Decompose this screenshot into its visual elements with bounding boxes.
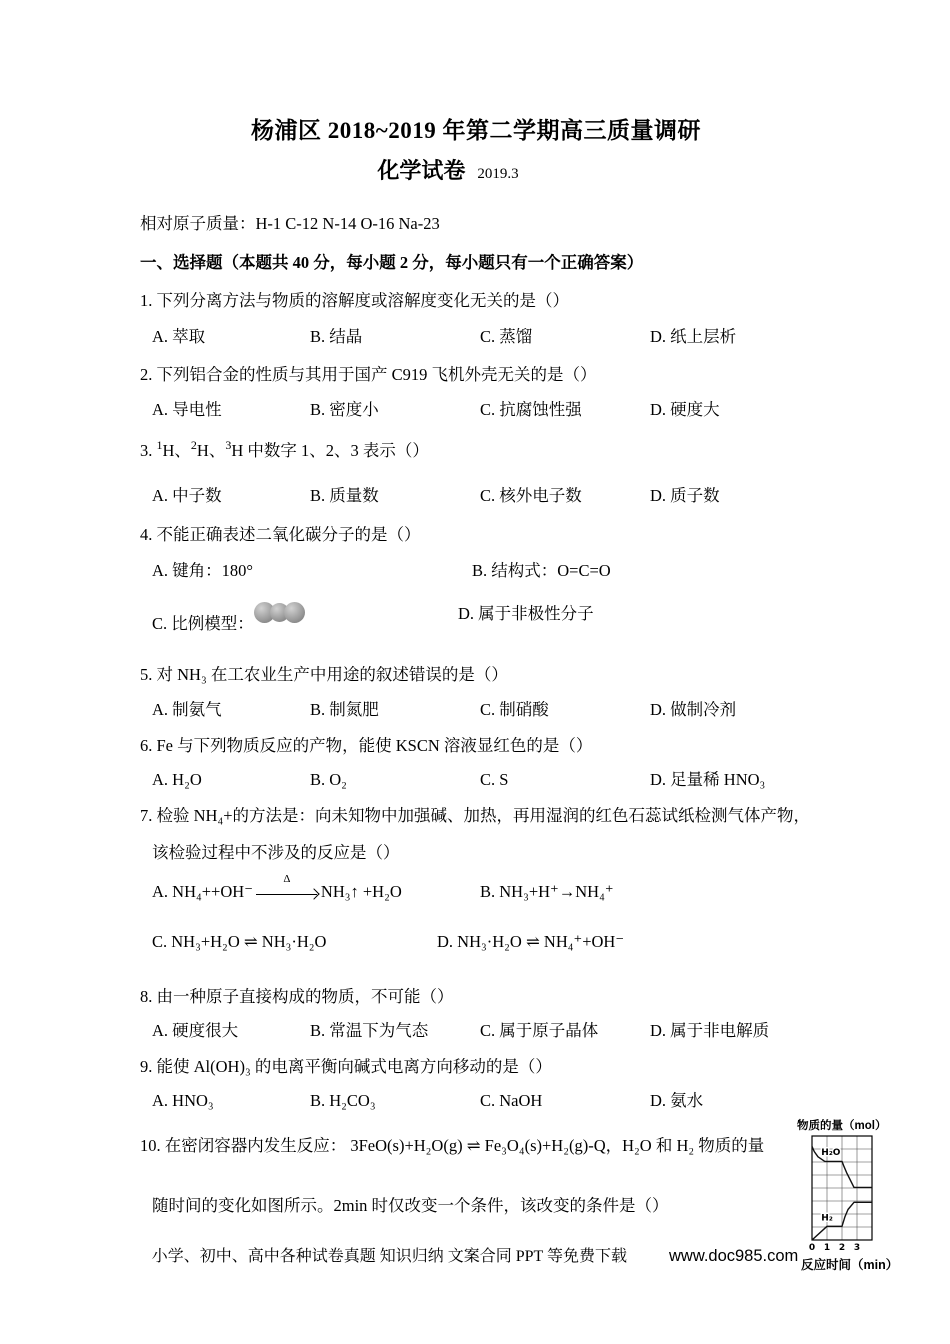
footer-text: 小学、初中、高中各种试卷真题 知识归纳 文案合同 PPT 等免费下载: [152, 1248, 627, 1265]
section-header: 一、选择题（本题共 40 分，每小题 2 分，每小题只有一个正确答案）: [140, 251, 812, 274]
footer-url: www.doc985.com: [669, 1247, 798, 1265]
reaction-amount-chart: H₂OH₂0123: [807, 1135, 879, 1255]
exam-content: 杨浦区 2018~2019 年第二学期高三质量调研 化学试卷2019.3 相对原…: [140, 116, 812, 1217]
page-footer: 小学、初中、高中各种试卷真题 知识归纳 文案合同 PPT 等免费下载 www.d…: [0, 1243, 950, 1266]
question-4-options-cd: C. 比例模型： D. 属于非极性分子: [140, 596, 812, 635]
question-6-options: A. H₂O B. O₂ C. S D. 足量稀 HNO₃: [140, 768, 812, 791]
q2-option-b: B. 密度小: [310, 398, 480, 421]
q8-option-b: B. 常温下为气态: [310, 1019, 480, 1042]
q5-option-d: D. 做制冷剂: [650, 698, 812, 721]
question-10-stem-line2: 随时间的变化如图所示。2min 时仅改变一个条件，该改变的条件是（）: [140, 1194, 812, 1217]
q6-option-c: C. S: [480, 768, 650, 791]
q3-sep1: 、: [174, 441, 191, 460]
q7-eq-a-lhs: A. NH₄++OH⁻: [152, 882, 253, 901]
chart-y-axis-label: 物质的量（mol）: [797, 1117, 947, 1133]
delta-label: Δ: [256, 874, 318, 885]
isotope-1h: 1H: [157, 441, 175, 460]
q7-equation-b: B. NH₃+H⁺→NH₄⁺: [480, 880, 812, 903]
q4-option-a: A. 键角：180°: [152, 559, 472, 582]
q3-option-d: D. 质子数: [650, 484, 812, 507]
q5-option-b: B. 制氮肥: [310, 698, 480, 721]
atomic-mass-line: 相对原子质量：H-1 C-12 N-14 O-16 Na-23: [140, 212, 812, 235]
q4-option-c: C. 比例模型：: [152, 602, 458, 635]
q3-stem-text: 中数字 1、2、3 表示（）: [243, 441, 429, 460]
question-2-options: A. 导电性 B. 密度小 C. 抗腐蚀性强 D. 硬度大: [140, 398, 812, 421]
exam-subtitle: 化学试卷: [377, 158, 465, 183]
q6-option-d: D. 足量稀 HNO₃: [650, 768, 812, 791]
q5-option-c: C. 制硝酸: [480, 698, 650, 721]
q4-option-d: D. 属于非极性分子: [458, 602, 812, 635]
question-1-options: A. 萃取 B. 结晶 C. 蒸馏 D. 纸上层析: [140, 325, 812, 348]
question-5-stem: 5. 对 NH₃ 在工农业生产中用途的叙述错误的是（）: [140, 663, 812, 686]
q9-option-a: A. HNO₃: [152, 1089, 310, 1112]
question-10-stem-line1: 10. 在密闭容器内发生反应： 3FeO(s)+H₂O(g) ⇌ Fe₃O₄(s…: [140, 1134, 812, 1157]
question-9-stem: 9. 能使 Al(OH)₃ 的电离平衡向碱式电离方向移动的是（）: [140, 1055, 812, 1078]
q3-option-a: A. 中子数: [152, 484, 310, 507]
q3-number: 3.: [140, 441, 157, 460]
question-7-stem-line1: 7. 检验 NH₄+的方法是：向未知物中加强碱、加热，再用湿润的红色石蕊试纸检测…: [140, 804, 812, 827]
q6-option-b: B. O₂: [310, 768, 480, 791]
subtitle-row: 化学试卷2019.3: [112, 159, 784, 186]
q7-equation-c: C. NH₃+H₂O ⇌ NH₃·H₂O: [152, 930, 437, 953]
q1-option-d: D. 纸上层析: [650, 325, 812, 348]
q2-option-c: C. 抗腐蚀性强: [480, 398, 650, 421]
question-2-stem: 2. 下列铝合金的性质与其用于国产 C919 飞机外壳无关的是（）: [140, 363, 812, 386]
q8-option-c: C. 属于原子晶体: [480, 1019, 650, 1042]
question-3-stem: 3. 1H、2H、3H 中数字 1、2、3 表示（）: [140, 439, 812, 462]
q8-option-d: D. 属于非电解质: [650, 1019, 812, 1042]
question-9-options: A. HNO₃ B. H₂CO₃ C. NaOH D. 氨水: [140, 1089, 812, 1112]
delta-heat-arrow-icon: Δ: [256, 882, 318, 900]
q3-option-b: B. 质量数: [310, 484, 480, 507]
q7-equation-a: A. NH₄++OH⁻ΔNH₃↑ +H₂O: [152, 880, 480, 903]
q1-option-b: B. 结晶: [310, 325, 480, 348]
q5-option-a: A. 制氨气: [152, 698, 310, 721]
svg-text:H₂O: H₂O: [821, 1148, 840, 1158]
q4-option-b: B. 结构式：O=C=O: [472, 559, 812, 582]
q7-equation-d: D. NH₃·H₂O ⇌ NH₄⁺+OH⁻: [437, 930, 812, 953]
question-7-equations-ab: A. NH₄++OH⁻ΔNH₃↑ +H₂O B. NH₃+H⁺→NH₄⁺: [140, 880, 812, 903]
q1-option-a: A. 萃取: [152, 325, 310, 348]
page-title: 杨浦区 2018~2019 年第二学期高三质量调研: [140, 116, 812, 146]
q9-option-b: B. H₂CO₃: [310, 1089, 480, 1112]
q9-option-c: C. NaOH: [480, 1089, 650, 1112]
co2-model-icon: [254, 614, 305, 633]
q3-option-c: C. 核外电子数: [480, 484, 650, 507]
question-6-stem: 6. Fe 与下列物质反应的产物，能使 KSCN 溶液显红色的是（）: [140, 734, 812, 757]
question-8-stem: 8. 由一种原子直接构成的物质，不可能（）: [140, 985, 812, 1008]
q9-option-d: D. 氨水: [650, 1089, 812, 1112]
q4-option-c-label: C. 比例模型：: [152, 614, 254, 633]
q1-option-c: C. 蒸馏: [480, 325, 650, 348]
svg-text:H₂: H₂: [821, 1214, 833, 1224]
isotope-2h: 2H: [191, 441, 209, 460]
question-3-options: A. 中子数 B. 质量数 C. 核外电子数 D. 质子数: [140, 484, 812, 507]
question-4-options-ab: A. 键角：180° B. 结构式：O=C=O: [140, 559, 812, 582]
q7-eq-a-rhs: NH₃↑ +H₂O: [321, 882, 402, 901]
q2-option-d: D. 硬度大: [650, 398, 812, 421]
q3-sep2: 、: [209, 441, 226, 460]
question-7-equations-cd: C. NH₃+H₂O ⇌ NH₃·H₂O D. NH₃·H₂O ⇌ NH₄⁺+O…: [140, 930, 812, 953]
oxygen-sphere-icon: [284, 602, 305, 623]
question-4-stem: 4. 不能正确表述二氧化碳分子的是（）: [140, 523, 812, 546]
isotope-3h: 3H: [225, 441, 243, 460]
question-1-stem: 1. 下列分离方法与物质的溶解度或溶解度变化无关的是（）: [140, 289, 812, 312]
q6-option-a: A. H₂O: [152, 768, 310, 791]
question-5-options: A. 制氨气 B. 制氮肥 C. 制硝酸 D. 做制冷剂: [140, 698, 812, 721]
question-8-options: A. 硬度很大 B. 常温下为气态 C. 属于原子晶体 D. 属于非电解质: [140, 1019, 812, 1042]
exam-date: 2019.3: [477, 166, 518, 182]
question-7-stem-line2: 该检验过程中不涉及的反应是（）: [140, 841, 812, 864]
exam-paper-page: 杨浦区 2018~2019 年第二学期高三质量调研 化学试卷2019.3 相对原…: [0, 0, 950, 1344]
q8-option-a: A. 硬度很大: [152, 1019, 310, 1042]
q2-option-a: A. 导电性: [152, 398, 310, 421]
